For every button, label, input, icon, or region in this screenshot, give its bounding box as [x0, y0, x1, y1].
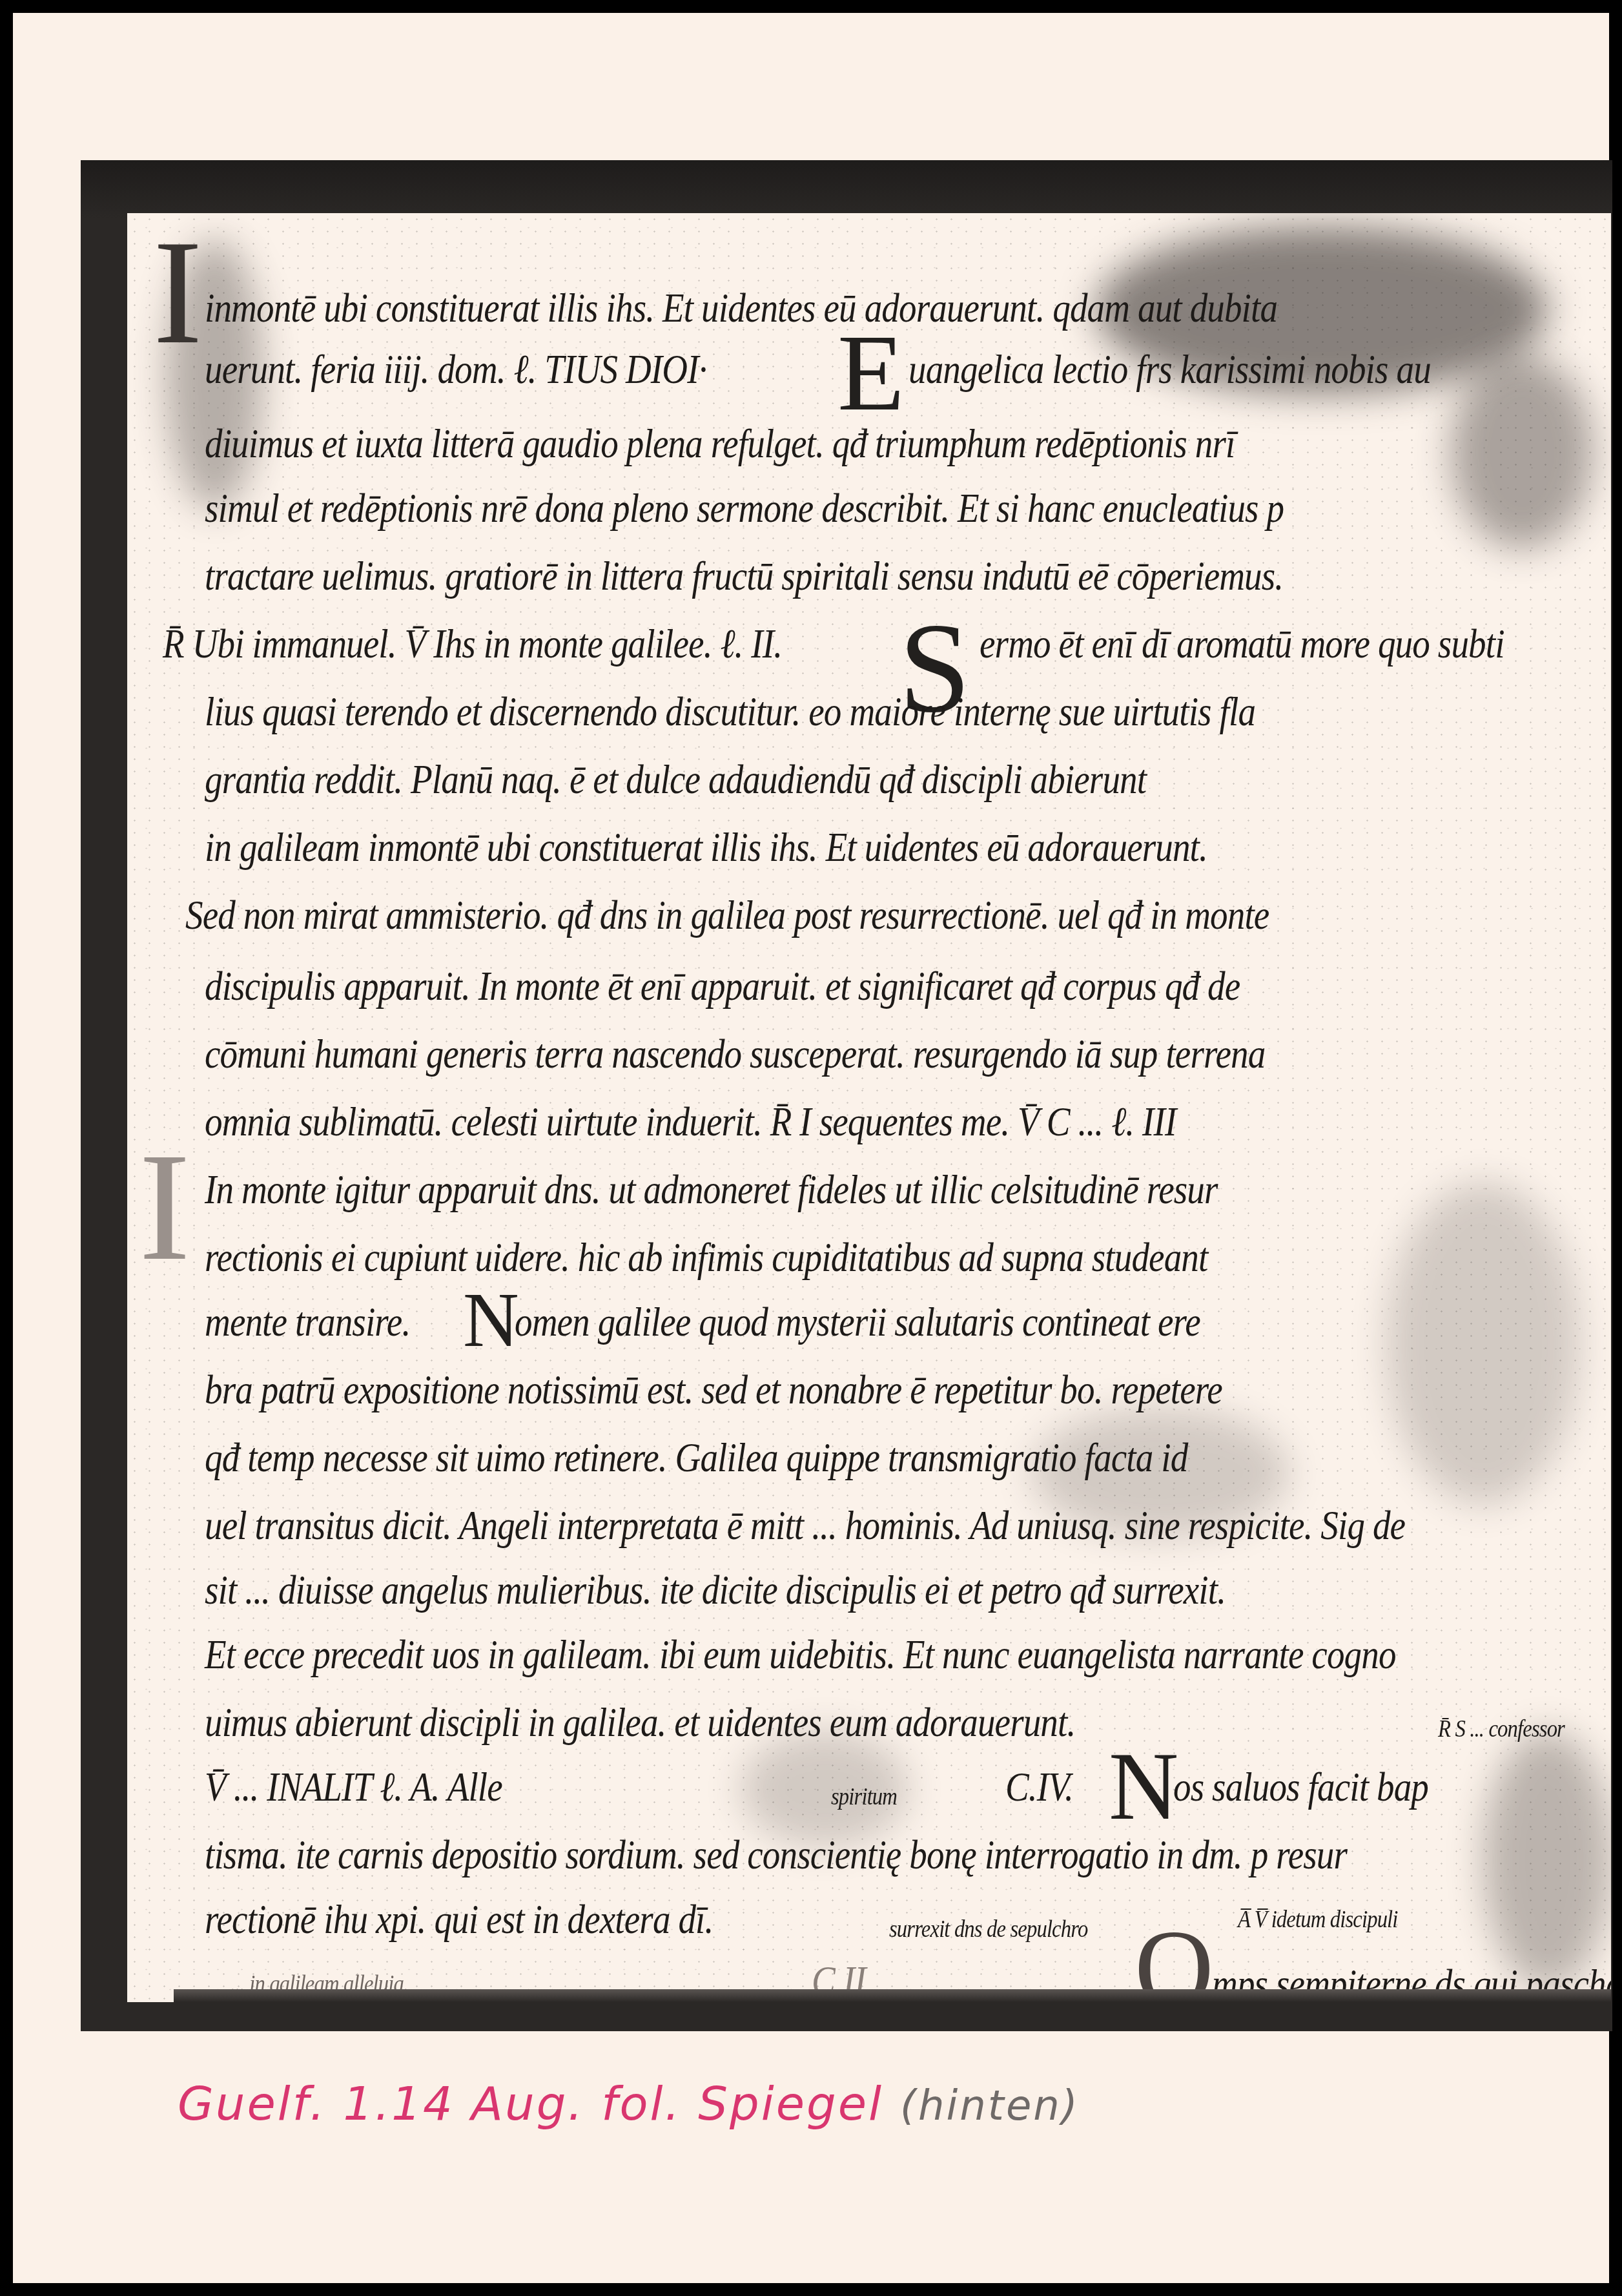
- shelfmark-caption: Guelf. 1.14 Aug. fol. Spiegel (hinten): [178, 2076, 1080, 2131]
- text-line: R̄ Ubi immanuel. V̄ Ihs in monte galilee…: [163, 620, 782, 668]
- manuscript-leaf: I I inmontē ubi constituerat illis ihs. …: [127, 213, 1611, 2002]
- text-line: in galileam inmontē ubi constituerat ill…: [205, 823, 1207, 871]
- text-line: rectionis ei cupiunt uidere. hic ab infi…: [205, 1234, 1207, 1281]
- text-line: uimus abierunt discipli in galilea. et u…: [205, 1699, 1075, 1746]
- text-line: lius quasi terendo et discernendo discut…: [205, 688, 1255, 736]
- text-line: diuimus et iuxta litterā gaudio plena re…: [205, 420, 1235, 468]
- text-line: omen galilee quod mysterii salutaris con…: [515, 1298, 1200, 1346]
- text-line: tisma. ite carnis depositio sordium. sed…: [205, 1831, 1347, 1879]
- text-line: Sed non mirat ammisterio. qđ dns in gali…: [185, 891, 1269, 939]
- frame-bottom-edge: [174, 1989, 1611, 2002]
- text-line-tail: R̄ S ... confessor: [1438, 1715, 1565, 1743]
- initial-N-2: N: [1109, 1731, 1178, 1842]
- text-line: omnia sublimatū. celesti uirtute indueri…: [205, 1098, 1176, 1146]
- text-line: uel transitus dicit. Angeli interpretata…: [205, 1502, 1405, 1549]
- text-line-small: spiritum: [831, 1783, 897, 1811]
- position-note: (hinten): [900, 2082, 1080, 2130]
- text-line: uerunt. feria iiij. dom. ℓ. TIUS DIOI·: [205, 346, 707, 393]
- text-line: bra patrū expositione notissimū est. sed…: [205, 1366, 1222, 1414]
- photo-paper: 40. Dom. p(ost) pasc(ha) :: I I inmontē …: [13, 13, 1609, 2283]
- text-line: Et ecce precedit uos in galileam. ibi eu…: [205, 1631, 1396, 1679]
- text-line: qđ temp necesse sit uimo retinere. Galil…: [205, 1434, 1187, 1482]
- text-line: simul et redēptionis nrē dona pleno serm…: [205, 484, 1284, 532]
- text-line: discipulis apparuit. In monte ēt enī app…: [205, 962, 1240, 1010]
- manuscript-photo-frame: I I inmontē ubi constituerat illis ihs. …: [81, 160, 1612, 2031]
- initial-I-margin: I: [139, 1117, 190, 1296]
- text-line: tractare uelimus. gratiorē in littera fr…: [205, 552, 1283, 600]
- text-line: mente transire.: [205, 1298, 410, 1346]
- initial-I-top: I: [153, 213, 203, 378]
- text-line: rectionē ihu xpi. qui est in dextera dī.: [205, 1896, 713, 1943]
- text-line: V̄ ... INALIT ℓ. A. Alle: [205, 1763, 502, 1811]
- initial-N: N: [463, 1276, 519, 1365]
- rubric-chapter: C.IV.: [1005, 1763, 1073, 1811]
- text-line-small: surrexit dns de sepulchro: [889, 1915, 1087, 1943]
- text-line: os saluos facit bap: [1173, 1763, 1428, 1811]
- initial-E: E: [837, 310, 905, 436]
- text-line: inmontē ubi constituerat illis ihs. Et u…: [205, 284, 1277, 332]
- text-line: uangelica lectio frs karissimi nobis au: [909, 346, 1431, 393]
- text-line: sit ... diuisse angelus mulieribus. ite …: [205, 1566, 1226, 1614]
- text-line: cōmuni humani generis terra nascendo sus…: [205, 1030, 1265, 1078]
- text-line: In monte igitur apparuit dns. ut admoner…: [205, 1166, 1218, 1214]
- text-line: grantia reddit. Planū naq. ē et dulce ad…: [205, 756, 1146, 803]
- frame-top-band: [81, 160, 1612, 218]
- text-line: ermo ēt enī dī aromatū more quo subti: [980, 620, 1504, 668]
- text-line-tail: A̅ V̅ idetum discipuli: [1238, 1905, 1398, 1934]
- shelfmark-text: Guelf. 1.14 Aug. fol. Spiegel: [178, 2076, 883, 2131]
- initial-O: O: [1134, 1905, 1214, 2002]
